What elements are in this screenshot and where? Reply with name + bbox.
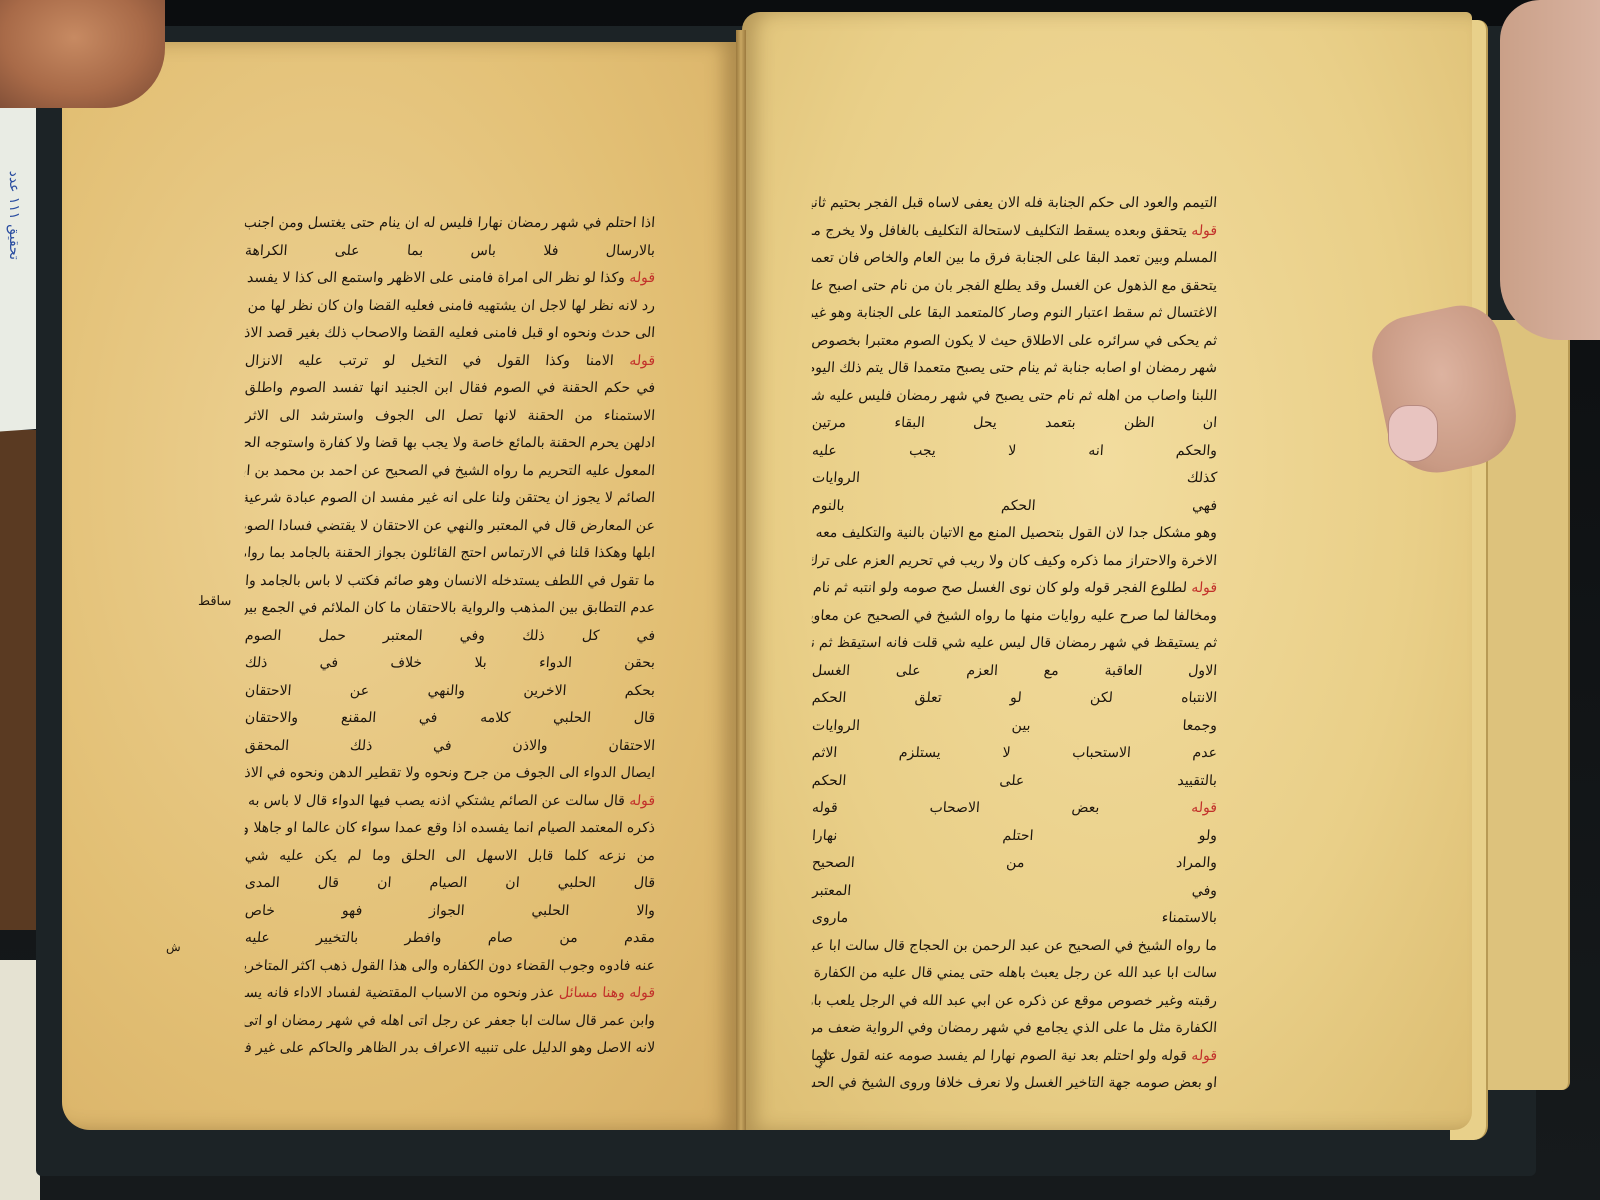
manuscript-line: قوله وهنا مسائل عذر ونحوه من الاسباب الم… bbox=[244, 980, 656, 1008]
manuscript-line: ثم يستيقظ في شهر رمضان قال ليس عليه شي ق… bbox=[811, 630, 1218, 658]
note-card-handwriting: تحقيق ۱۱۱ عدد bbox=[6, 170, 22, 260]
manuscript-line: سالت ابا عبد الله عن رجل يعبث باهله حتى … bbox=[811, 960, 1218, 988]
manuscript-line: قوله وكذا لو نظر الى امراة فامنى على الا… bbox=[244, 265, 656, 293]
manuscript-line: في كل ذلك وفي المعتبر حمل الصوم bbox=[244, 623, 656, 651]
manuscript-line: بحكم الاخرين والنهي عن الاحتقان bbox=[244, 678, 656, 706]
manuscript-line: قوله بعض الاصحاب قوله bbox=[811, 795, 1218, 823]
red-rubric: قوله bbox=[1099, 800, 1218, 816]
manuscript-line: ذكره المعتمد الصيام انما يفسده اذا وقع ع… bbox=[244, 815, 656, 843]
right-hand bbox=[1500, 0, 1600, 340]
thumbnail bbox=[1388, 405, 1438, 462]
red-rubric: قوله bbox=[1186, 223, 1217, 239]
manuscript-line: الانتباه لكن لو تعلق الحكم bbox=[811, 685, 1218, 713]
red-rubric: قوله bbox=[624, 793, 655, 809]
left-margin-dot: ش bbox=[166, 940, 181, 954]
manuscript-line: الاستمناء من الحقنة لانها تصل الى الجوف … bbox=[244, 403, 656, 431]
manuscript-line: في حكم الحقنة في الصوم فقال ابن الجنيد ا… bbox=[244, 375, 656, 403]
manuscript-line: ايصال الدواء الى الجوف من جرح ونحوه ولا … bbox=[244, 760, 656, 788]
wooden-desk bbox=[0, 430, 40, 930]
book-gutter bbox=[736, 30, 746, 1130]
manuscript-line: ما تقول في اللطف يستدخله الانسان وهو صائ… bbox=[244, 568, 656, 596]
manuscript-line: قوله قال سالت عن الصائم يشتكي اذنه يصب ف… bbox=[244, 788, 656, 816]
manuscript-line: والحكم انه لا يجب عليه bbox=[811, 438, 1218, 466]
manuscript-line: وابن عمر قال سالت ابا جعفر عن رجل اتى اه… bbox=[244, 1008, 656, 1036]
manuscript-line: ما رواه الشيخ في الصحيح عن عبد الرحمن بن… bbox=[811, 933, 1218, 961]
manuscript-line: من نزعه كلما قابل الاسهل الى الحلق وما ل… bbox=[244, 843, 656, 871]
manuscript-line: الكفارة مثل ما على الذي يجامع في شهر رمض… bbox=[811, 1015, 1218, 1043]
manuscript-line: وفي المعتبر bbox=[811, 878, 1218, 906]
manuscript-line: ثم يحكى في سرائره على الاطلاق حيث لا يكو… bbox=[811, 328, 1218, 356]
manuscript-line: رقبته وغير خصوص موقع عن ذكره عن ابي عبد … bbox=[811, 988, 1218, 1016]
manuscript-line: الصائم لا يجوز ان يحتقن ولنا على انه غير… bbox=[244, 485, 656, 513]
manuscript-line: رد لانه نظر لها لاجل ان يشتهيه فامنى فعل… bbox=[244, 293, 656, 321]
paper-sheet bbox=[0, 960, 40, 1200]
manuscript-line: ان الظن بتعمد يحل البقاء مرتين bbox=[811, 410, 1218, 438]
red-rubric: قوله bbox=[613, 353, 656, 369]
manuscript-line: قال الحلبي كلامه في المقنع والاحتقان bbox=[244, 705, 656, 733]
red-rubric: قوله bbox=[1186, 580, 1217, 596]
manuscript-line: الاحتقان والاذن في ذلك المحقق bbox=[244, 733, 656, 761]
manuscript-line: اذا احتلم في شهر رمضان نهارا فليس له ان … bbox=[244, 210, 656, 238]
manuscript-line: الى حدث ونحوه او قبل فامنى فعليه القضا و… bbox=[244, 320, 656, 348]
manuscript-line: كذلك الروايات bbox=[811, 465, 1218, 493]
manuscript-line: قوله قوله ولو احتلم بعد نية الصوم نهارا … bbox=[811, 1043, 1218, 1071]
manuscript-line: ادلهن يحرم الحقنة بالمائع خاصة ولا يجب ب… bbox=[244, 430, 656, 458]
manuscript-line: المسلم وبين تعمد البقا على الجنابة فرق م… bbox=[811, 245, 1218, 273]
manuscript-line: بالارسال فلا باس بما على الكراهة bbox=[244, 238, 656, 266]
left-margin-note: ساقط bbox=[198, 594, 231, 609]
manuscript-line: الاغتسال ثم سقط اعتبار النوم وصار كالمتع… bbox=[811, 300, 1218, 328]
left-hand-fingers bbox=[0, 0, 165, 108]
manuscript-line: بحقن الدواء بلا خلاف في ذلك bbox=[244, 650, 656, 678]
manuscript-line: ومخالفا لما صرح عليه روايات منها ما رواه… bbox=[811, 603, 1218, 631]
manuscript-line: او بعض صومه جهة التاخير الغسل ولا نعرف خ… bbox=[811, 1070, 1218, 1098]
right-page-text-block: التيمم والعود الى حكم الجنابة فله الان ي… bbox=[812, 190, 1217, 1098]
red-rubric: قوله bbox=[624, 270, 655, 286]
manuscript-line: ابلها وهكذا قلنا في الارتماس احتج القائل… bbox=[244, 540, 656, 568]
manuscript-line: وجمعا بين الروايات bbox=[811, 713, 1218, 741]
manuscript-line: فهي الحكم بالنوم bbox=[811, 493, 1218, 521]
manuscript-line: عدم التطابق بين المذهب والرواية بالاحتقا… bbox=[244, 595, 656, 623]
red-rubric: قوله وهنا مسائل bbox=[554, 985, 656, 1001]
manuscript-line: قوله لطلوع الفجر قوله ولو كان نوى الغسل … bbox=[811, 575, 1218, 603]
manuscript-line: قوله يتحقق وبعده يسقط التكليف لاستحالة ا… bbox=[811, 218, 1218, 246]
manuscript-line: وهو مشكل جدا لان القول بتحصيل المنع مع ا… bbox=[811, 520, 1218, 548]
manuscript-line: شهر رمضان او اصابه جنابة ثم ينام حتى يصب… bbox=[811, 355, 1218, 383]
manuscript-line: يتحقق مع الذهول عن الغسل وقد يطلع الفجر … bbox=[811, 273, 1218, 301]
manuscript-line: عدم الاستحباب لا يستلزم الاثم bbox=[811, 740, 1218, 768]
manuscript-line: المعول عليه التحريم ما رواه الشيخ في الص… bbox=[244, 458, 656, 486]
manuscript-line: بالتقييد على الحكم bbox=[811, 768, 1218, 796]
manuscript-line: قوله الامنا وكذا القول في التخيل لو ترتب… bbox=[244, 348, 656, 376]
manuscript-line: عن المعارض قال في المعتبر والنهي عن الاح… bbox=[244, 513, 656, 541]
manuscript-line: والمراد من الصحيح bbox=[811, 850, 1218, 878]
manuscript-line: الاول العاقبة مع العزم على الغسل bbox=[811, 658, 1218, 686]
manuscript-line: بالاستمناء ماروى bbox=[811, 905, 1218, 933]
manuscript-line: اللبنا واصاب من اهله ثم نام حتى يصبح في … bbox=[811, 383, 1218, 411]
left-page-text-block: اذا احتلم في شهر رمضان نهارا فليس له ان … bbox=[245, 210, 655, 1063]
manuscript-line: ولو احتلم نهارا bbox=[811, 823, 1218, 851]
manuscript-line: لانه الاصل وهو الدليل على تنبيه الاعراف … bbox=[244, 1035, 656, 1063]
manuscript-line: التيمم والعود الى حكم الجنابة فله الان ي… bbox=[811, 190, 1218, 218]
red-rubric: قوله bbox=[1186, 1048, 1217, 1064]
manuscript-line: قال الحلبي ان الصيام ان قال المدى bbox=[244, 870, 656, 898]
manuscript-line: عنه فادوه وجوب القضاء دون الكفاره والى ه… bbox=[244, 953, 656, 981]
manuscript-line: الاخرة والاحتراز مما ذكره وكيف كان ولا ر… bbox=[811, 548, 1218, 576]
manuscript-line: مقدم من صام وافطر بالتخيير عليه bbox=[244, 925, 656, 953]
manuscript-line: والا الحلبي الجواز فهو خاص bbox=[244, 898, 656, 926]
